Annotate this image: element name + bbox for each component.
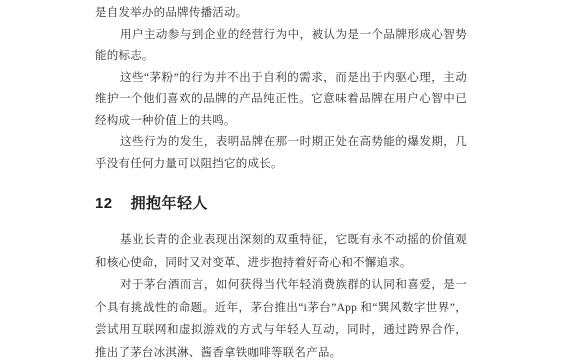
paragraph: 基业长青的企业表现出深刻的双重特征，它既有永不动摇的价值观和核心使命，同时又对变… xyxy=(95,229,467,274)
section-title: 拥抱年轻人 xyxy=(131,195,208,212)
paragraph-continuation: 是自发举办的品牌传播活动。 xyxy=(95,3,467,25)
paragraph: 用户主动参与到企业的经营行为中，被认为是一个品牌形成心智势能的标志。 xyxy=(95,25,467,68)
paragraph: 对于茅台酒而言，如何获得当代年轻消费族群的认同和喜爱，是一个具有挑战性的命题。近… xyxy=(95,274,467,360)
section-heading: 12拥抱年轻人 xyxy=(95,194,208,213)
paragraph-block-before-heading: 是自发举办的品牌传播活动。 用户主动参与到企业的经营行为中，被认为是一个品牌形成… xyxy=(95,3,467,175)
book-page: 是自发举办的品牌传播活动。 用户主动参与到企业的经营行为中，被认为是一个品牌形成… xyxy=(0,0,570,360)
section-number: 12 xyxy=(95,194,113,213)
paragraph: 这些行为的发生，表明品牌在那一时期正处在高势能的爆发期，几乎没有任何力量可以阻挡… xyxy=(95,132,467,175)
paragraph-block-after-heading: 基业长青的企业表现出深刻的双重特征，它既有永不动摇的价值观和核心使命，同时又对变… xyxy=(95,229,467,360)
paragraph: 这些“茅粉”的行为并不出于自利的需求，而是出于内驱心理，主动维护一个他们喜欢的品… xyxy=(95,68,467,133)
